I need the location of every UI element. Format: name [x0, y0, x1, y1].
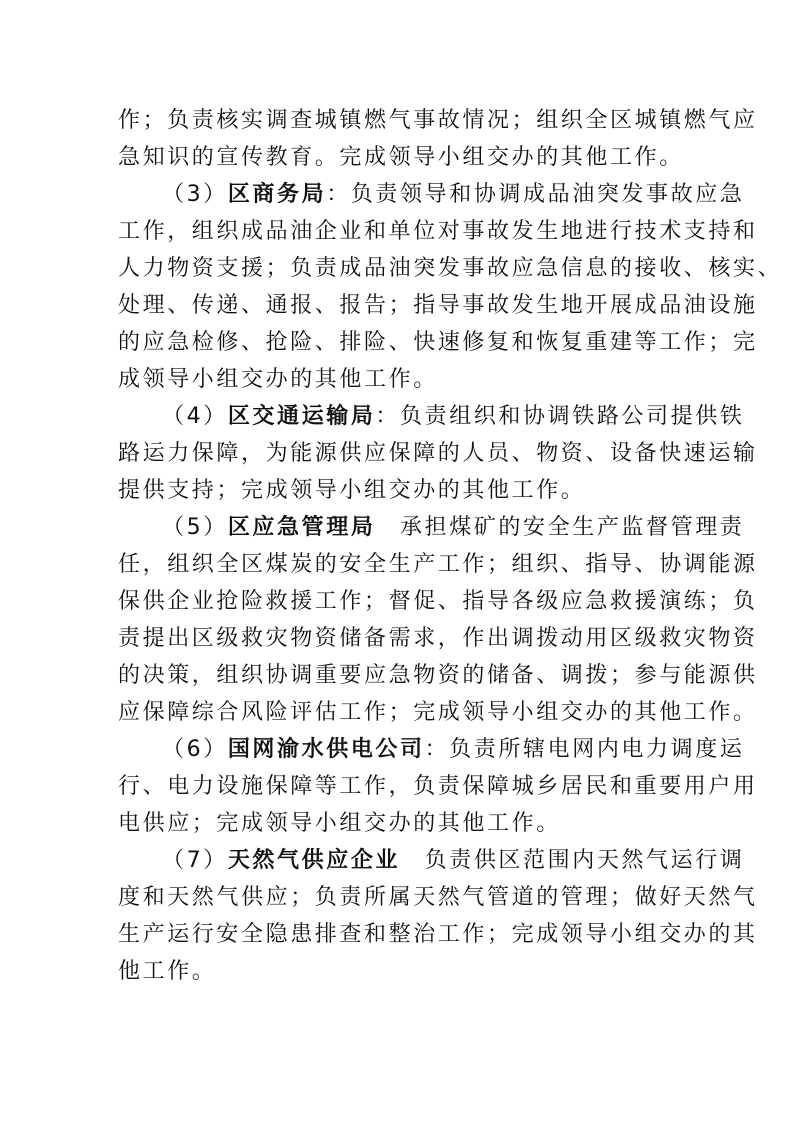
text-line: 工作，组织成品油企业和单位对事故发生地进行技术支持和 — [118, 213, 678, 250]
section-title: 区交通运输局 — [228, 404, 376, 429]
section-text: ：负责组织和协调铁路公司提供铁 — [375, 404, 744, 429]
text-line: 急知识的宣传教育。完成领导小组交办的其他工作。 — [118, 139, 678, 176]
text-line: 电供应；完成领导小组交办的其他工作。 — [118, 805, 678, 842]
item-number: （5） — [162, 515, 228, 540]
section-title: 区商务局 — [228, 182, 326, 207]
text-line: 路运力保障，为能源供应保障的人员、物资、设备快速运输 — [118, 435, 678, 472]
item-number: （4） — [162, 404, 228, 429]
text-line: 提供支持；完成领导小组交办的其他工作。 — [118, 472, 678, 509]
text-line: 生产运行安全隐患排查和整治工作；完成领导小组交办的其 — [118, 916, 678, 953]
item-number: （3） — [162, 182, 228, 207]
text-line: 的应急检修、抢险、排险、快速修复和恢复重建等工作；完 — [118, 324, 678, 361]
text-line: 处理、传递、通报、报告；指导事故发生地开展成品油设施 — [118, 287, 678, 324]
text-line: 人力物资支援；负责成品油突发事故应急信息的接收、核实、 — [118, 250, 678, 287]
text-line: 的决策，组织协调重要应急物资的储备、调拨；参与能源供 — [118, 657, 678, 694]
section-3-heading-line: （3）区商务局：负责领导和协调成品油突发事故应急 — [118, 176, 678, 213]
section-text: ：负责所辖电网内电力调度运 — [425, 737, 745, 762]
text-line: 行、电力设施保障等工作，负责保障城乡居民和重要用户用 — [118, 768, 678, 805]
section-4-heading-line: （4）区交通运输局：负责组织和协调铁路公司提供铁 — [118, 398, 678, 435]
text-line: 他工作。 — [118, 953, 678, 990]
document-page: 作；负责核实调查城镇燃气事故情况；组织全区城镇燃气应 急知识的宣传教育。完成领导… — [118, 102, 678, 990]
text-line: 保供企业抢险救援工作；督促、指导各级应急救援演练；负 — [118, 583, 678, 620]
text-line: 任，组织全区煤炭的安全生产工作；组织、指导、协调能源 — [118, 546, 678, 583]
text-line: 应保障综合风险评估工作；完成领导小组交办的其他工作。 — [118, 694, 678, 731]
section-text: ：负责领导和协调成品油突发事故应急 — [326, 182, 744, 207]
text-line: 责提出区级救灾物资储备需求，作出调拨动用区级救灾物资 — [118, 620, 678, 657]
section-5-heading-line: （5）区应急管理局 承担煤矿的安全生产监督管理责 — [118, 509, 678, 546]
section-title: 国网渝水供电公司 — [228, 737, 425, 762]
text-line: 作；负责核实调查城镇燃气事故情况；组织全区城镇燃气应 — [118, 102, 678, 139]
section-6-heading-line: （6）国网渝水供电公司：负责所辖电网内电力调度运 — [118, 731, 678, 768]
item-number: （7） — [162, 848, 228, 873]
item-number: （6） — [162, 737, 228, 762]
text-line: 成领导小组交办的其他工作。 — [118, 361, 678, 398]
section-text: 承担煤矿的安全生产监督管理责 — [375, 515, 744, 540]
text-line: 度和天然气供应；负责所属天然气管道的管理；做好天然气 — [118, 879, 678, 916]
section-title: 天然气供应企业 — [228, 848, 400, 873]
section-7-heading-line: （7）天然气供应企业 负责供区范围内天然气运行调 — [118, 842, 678, 879]
section-title: 区应急管理局 — [228, 515, 376, 540]
section-text: 负责供区范围内天然气运行调 — [400, 848, 744, 873]
